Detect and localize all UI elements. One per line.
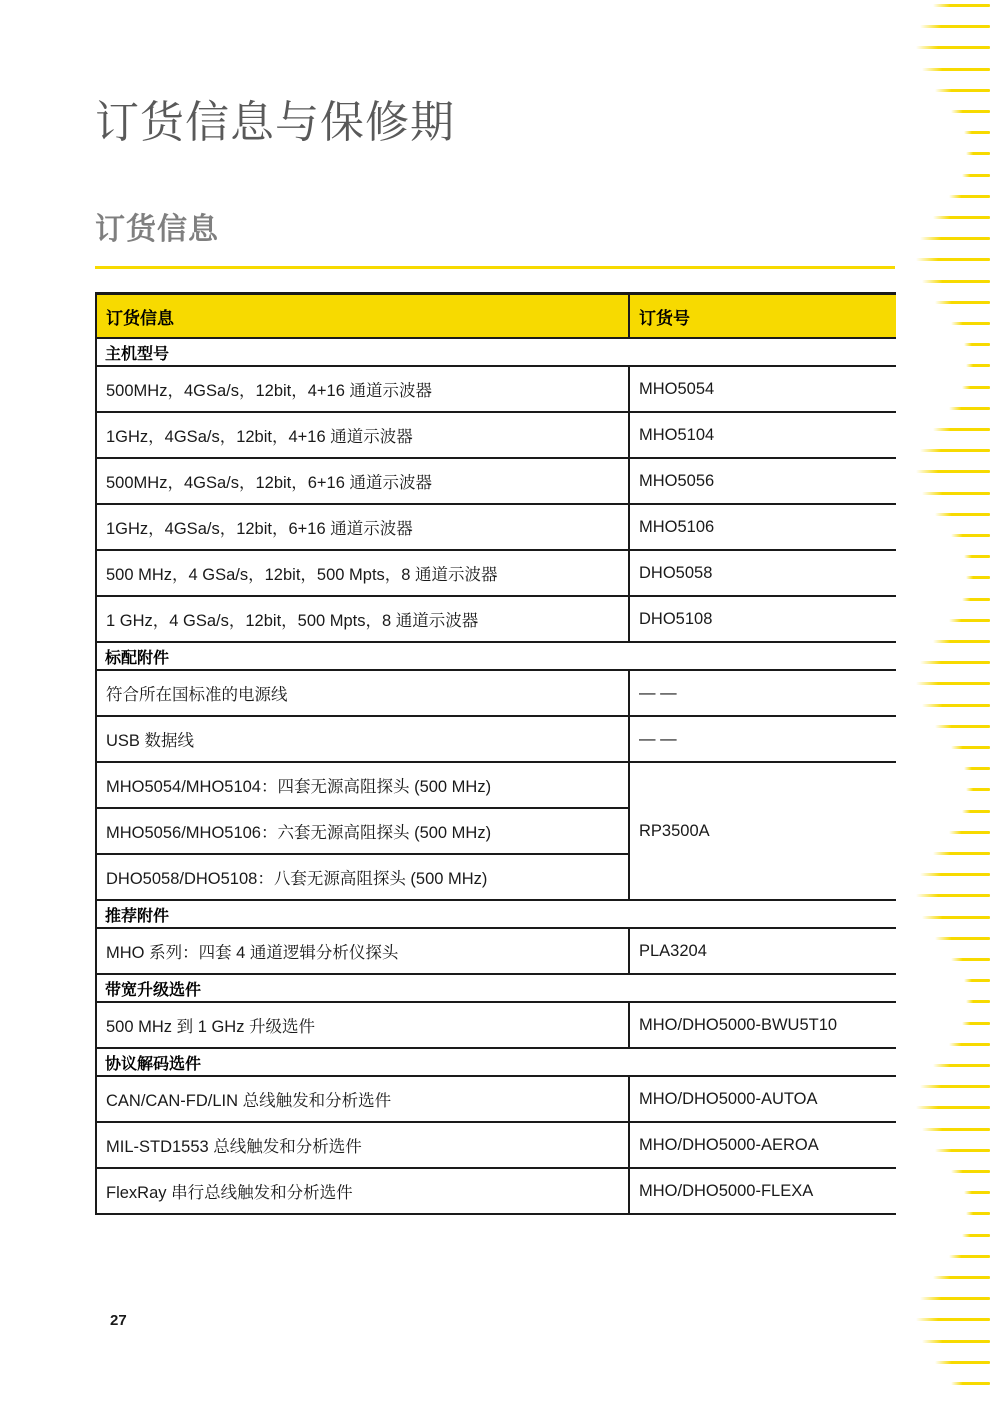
item-description: MHO5056/MHO5106：六套无源高阻探头 (500 MHz) (96, 808, 629, 854)
yellow-dash-decoration (951, 322, 990, 325)
yellow-dash-decoration (949, 1043, 990, 1046)
page-number: 27 (110, 1312, 127, 1329)
table-row: 1GHz，4GSa/s，12bit，6+16 通道示波器MHO5106 (96, 504, 896, 550)
section-heading-underline (95, 266, 895, 269)
order-code: — — (629, 716, 896, 762)
yellow-dash-decoration (964, 979, 990, 982)
ordering-table-container: 订货信息 订货号 主机型号500MHz，4GSa/s，12bit，4+16 通道… (95, 292, 895, 1215)
yellow-dash-decoration (964, 343, 990, 346)
order-code: RP3500A (629, 762, 896, 900)
yellow-dash-decoration (962, 1234, 990, 1237)
section-label: 协议解码选件 (96, 1048, 896, 1076)
yellow-dash-decoration (916, 682, 990, 685)
ordering-table-body: 主机型号500MHz，4GSa/s，12bit，4+16 通道示波器MHO505… (96, 338, 896, 1214)
yellow-dash-decoration (949, 195, 990, 198)
table-row: FlexRay 串行总线触发和分析选件MHO/DHO5000-FLEXA (96, 1168, 896, 1214)
column-header-order-number: 订货号 (629, 294, 896, 339)
yellow-dash-decoration (949, 831, 990, 834)
yellow-dash-decoration (951, 1170, 990, 1173)
section-label: 推荐附件 (96, 900, 896, 928)
yellow-dash-decoration (951, 958, 990, 961)
yellow-dash-decoration (916, 1106, 990, 1109)
yellow-dash-decoration (933, 4, 990, 7)
yellow-dash-decoration (935, 89, 990, 92)
table-section-row: 标配附件 (96, 642, 896, 670)
yellow-dash-decoration (933, 1064, 990, 1067)
item-description: FlexRay 串行总线触发和分析选件 (96, 1168, 629, 1214)
yellow-dash-decoration (966, 788, 990, 791)
yellow-dash-decoration (951, 534, 990, 537)
item-description: MIL-STD1553 总线触发和分析选件 (96, 1122, 629, 1168)
order-code: MHO/DHO5000-AUTOA (629, 1076, 896, 1122)
yellow-dash-decoration (935, 937, 990, 940)
yellow-dash-decoration (916, 46, 990, 49)
item-description: MHO5054/MHO5104：四套无源高阻探头 (500 MHz) (96, 762, 629, 808)
yellow-dash-decoration (935, 513, 990, 516)
yellow-dash-decoration (949, 619, 990, 622)
table-row: MHO5054/MHO5104：四套无源高阻探头 (500 MHz)RP3500… (96, 762, 896, 808)
yellow-dash-decoration (920, 661, 990, 664)
yellow-dash-decoration (935, 1361, 990, 1364)
yellow-dash-decoration (949, 407, 990, 410)
yellow-dash-decoration (964, 1191, 990, 1194)
order-code: MHO/DHO5000-AEROA (629, 1122, 896, 1168)
item-description: 500 MHz，4 GSa/s，12bit，500 Mpts，8 通道示波器 (96, 550, 629, 596)
yellow-dash-decoration (962, 810, 990, 813)
yellow-dash-decoration (922, 492, 990, 495)
ordering-table: 订货信息 订货号 主机型号500MHz，4GSa/s，12bit，4+16 通道… (95, 292, 896, 1215)
item-description: MHO 系列：四套 4 通道逻辑分析仪探头 (96, 928, 629, 974)
yellow-dash-decoration (920, 873, 990, 876)
item-description: DHO5058/DHO5108：八套无源高阻探头 (500 MHz) (96, 854, 629, 900)
document-page: 订货信息与保修期 订货信息 订货信息 订货号 主机型号500MHz，4GSa/s… (0, 0, 990, 1401)
item-description: 符合所在国标准的电源线 (96, 670, 629, 716)
yellow-dash-decoration (933, 216, 990, 219)
yellow-dash-decoration (920, 1297, 990, 1300)
yellow-dash-decoration (933, 852, 990, 855)
table-row: USB 数据线— — (96, 716, 896, 762)
item-description: 1 GHz，4 GSa/s，12bit，500 Mpts，8 通道示波器 (96, 596, 629, 642)
yellow-dash-decoration (916, 470, 990, 473)
yellow-dash-decoration (922, 1128, 990, 1131)
order-code: DHO5108 (629, 596, 896, 642)
yellow-dash-decoration (922, 1340, 990, 1343)
yellow-dash-decoration (920, 449, 990, 452)
order-code: — — (629, 670, 896, 716)
item-description: 500MHz，4GSa/s，12bit，4+16 通道示波器 (96, 366, 629, 412)
yellow-dash-decoration (951, 1382, 990, 1385)
order-code: PLA3204 (629, 928, 896, 974)
table-header-row: 订货信息 订货号 (96, 294, 896, 339)
order-code: MHO5054 (629, 366, 896, 412)
yellow-dash-decoration (916, 258, 990, 261)
order-code: MHO/DHO5000-FLEXA (629, 1168, 896, 1214)
item-description: 500MHz，4GSa/s，12bit，6+16 通道示波器 (96, 458, 629, 504)
yellow-dash-decoration (966, 1212, 990, 1215)
section-label: 标配附件 (96, 642, 896, 670)
yellow-dash-decoration (922, 704, 990, 707)
section-heading: 订货信息 (95, 204, 219, 248)
item-description: 1GHz，4GSa/s，12bit，4+16 通道示波器 (96, 412, 629, 458)
table-section-row: 带宽升级选件 (96, 974, 896, 1002)
yellow-dash-decoration (933, 640, 990, 643)
column-header-ordering-info: 订货信息 (96, 294, 629, 339)
yellow-dash-decoration (966, 364, 990, 367)
table-section-row: 推荐附件 (96, 900, 896, 928)
yellow-dash-decoration (935, 301, 990, 304)
yellow-dash-decoration (916, 1318, 990, 1321)
item-description: 1GHz，4GSa/s，12bit，6+16 通道示波器 (96, 504, 629, 550)
yellow-dash-decoration (964, 131, 990, 134)
yellow-dash-decoration (966, 1000, 990, 1003)
table-row: 500 MHz，4 GSa/s，12bit，500 Mpts，8 通道示波器DH… (96, 550, 896, 596)
table-row: MHO 系列：四套 4 通道逻辑分析仪探头PLA3204 (96, 928, 896, 974)
yellow-dash-decoration (962, 174, 990, 177)
table-row: 1 GHz，4 GSa/s，12bit，500 Mpts，8 通道示波器DHO5… (96, 596, 896, 642)
yellow-dash-decoration (916, 894, 990, 897)
table-section-row: 主机型号 (96, 338, 896, 366)
section-label: 带宽升级选件 (96, 974, 896, 1002)
yellow-dash-decoration (951, 110, 990, 113)
table-row: 1GHz，4GSa/s，12bit，4+16 通道示波器MHO5104 (96, 412, 896, 458)
yellow-dash-decoration (966, 576, 990, 579)
item-description: USB 数据线 (96, 716, 629, 762)
yellow-dash-decoration (951, 746, 990, 749)
yellow-dash-decoration (920, 237, 990, 240)
yellow-dash-decoration (964, 555, 990, 558)
order-code: MHO5106 (629, 504, 896, 550)
table-row: 符合所在国标准的电源线— — (96, 670, 896, 716)
item-description: 500 MHz 到 1 GHz 升级选件 (96, 1002, 629, 1048)
yellow-dash-decoration (920, 25, 990, 28)
yellow-dash-decoration (935, 1149, 990, 1152)
yellow-dash-decoration (933, 1276, 990, 1279)
yellow-dash-decoration (922, 68, 990, 71)
yellow-dash-decoration (962, 1022, 990, 1025)
table-row: 500 MHz 到 1 GHz 升级选件MHO/DHO5000-BWU5T10 (96, 1002, 896, 1048)
yellow-dash-decoration (964, 767, 990, 770)
table-row: 500MHz，4GSa/s，12bit，6+16 通道示波器MHO5056 (96, 458, 896, 504)
order-code: DHO5058 (629, 550, 896, 596)
table-row: CAN/CAN-FD/LIN 总线触发和分析选件MHO/DHO5000-AUTO… (96, 1076, 896, 1122)
order-code: MHO/DHO5000-BWU5T10 (629, 1002, 896, 1048)
section-label: 主机型号 (96, 338, 896, 366)
table-section-row: 协议解码选件 (96, 1048, 896, 1076)
order-code: MHO5104 (629, 412, 896, 458)
yellow-dash-decoration (922, 280, 990, 283)
yellow-dash-decoration (935, 725, 990, 728)
yellow-dash-decoration (933, 428, 990, 431)
order-code: MHO5056 (629, 458, 896, 504)
yellow-dash-decoration (920, 1085, 990, 1088)
table-row: MIL-STD1553 总线触发和分析选件MHO/DHO5000-AEROA (96, 1122, 896, 1168)
yellow-dash-decoration (962, 598, 990, 601)
yellow-dash-decoration (922, 916, 990, 919)
item-description: CAN/CAN-FD/LIN 总线触发和分析选件 (96, 1076, 629, 1122)
page-title: 订货信息与保修期 (95, 86, 455, 150)
yellow-dash-decoration (962, 386, 990, 389)
yellow-dash-decoration (966, 152, 990, 155)
table-row: 500MHz，4GSa/s，12bit，4+16 通道示波器MHO5054 (96, 366, 896, 412)
yellow-dash-decoration (949, 1255, 990, 1258)
